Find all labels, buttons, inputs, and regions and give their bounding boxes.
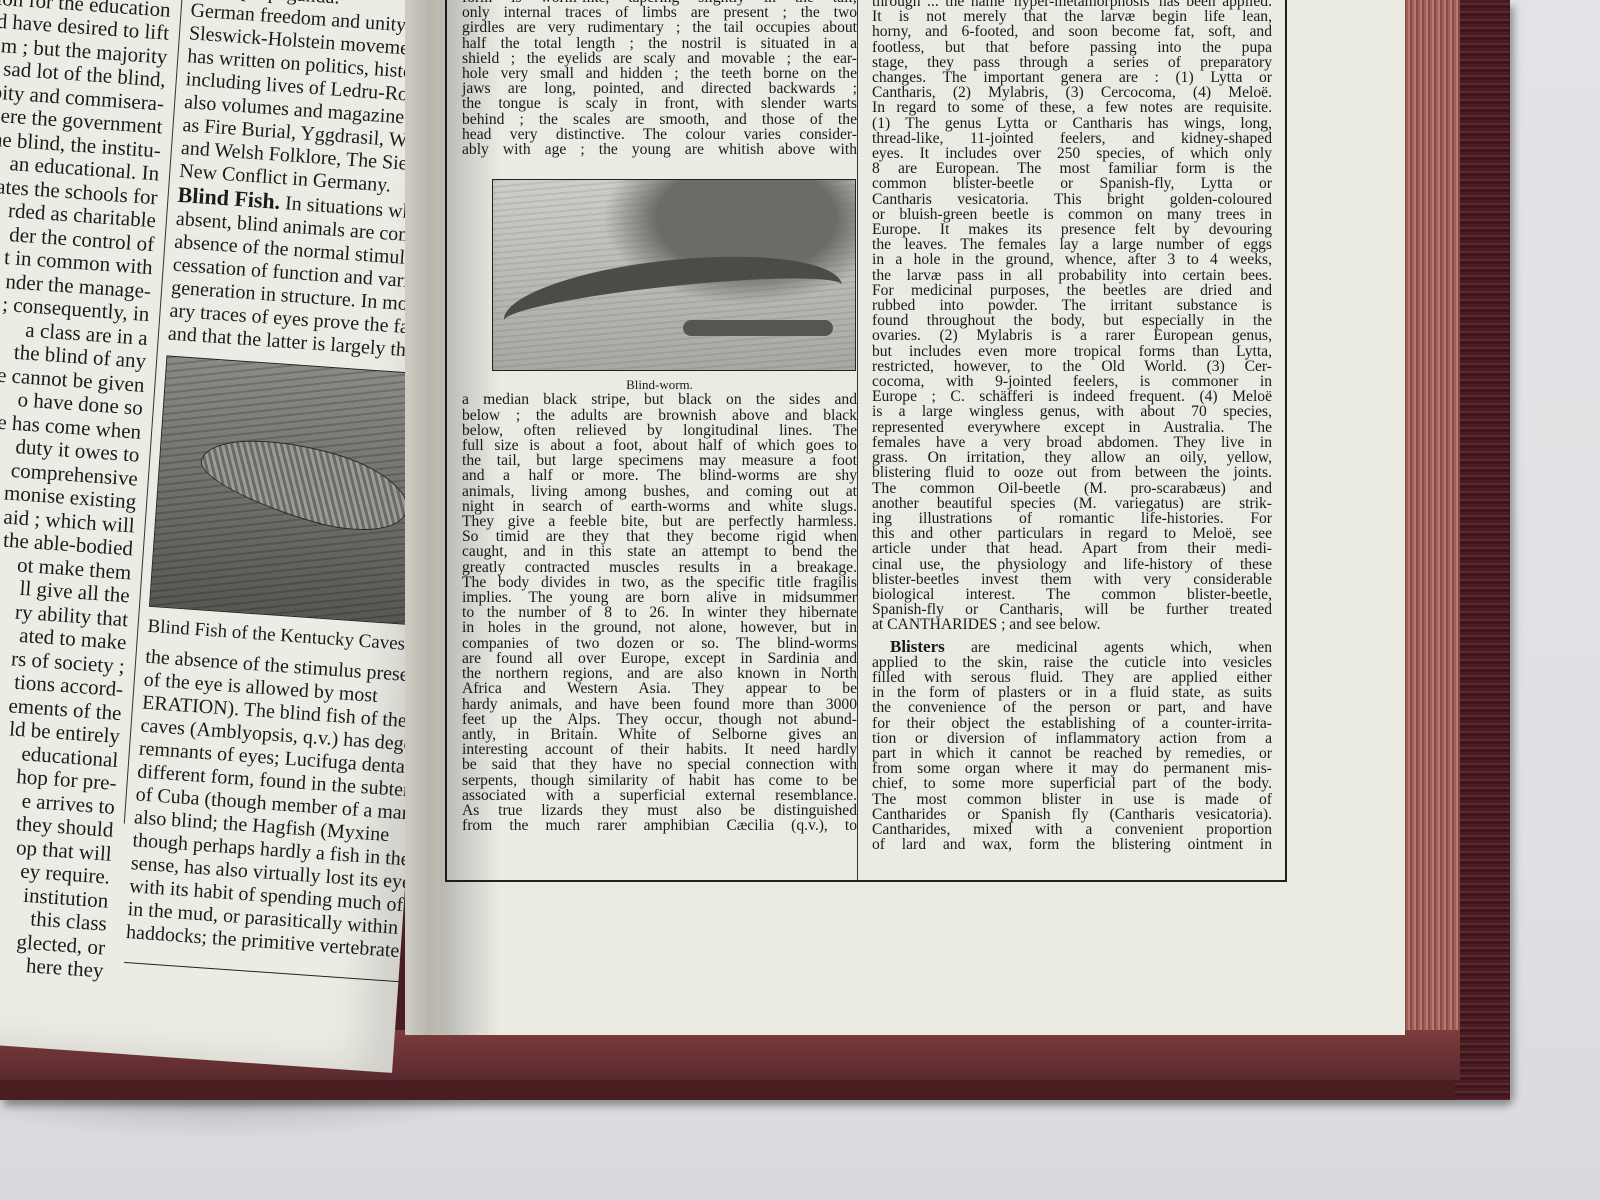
text-line: grass. On irritation, they allow an oily…	[872, 450, 1272, 465]
text-line: 8 are European. The most familiar form i…	[872, 161, 1272, 176]
text-line: The most common blister in use is made o…	[872, 792, 1272, 807]
text-line: chief, to some more superficial part of …	[872, 776, 1272, 791]
text-line: this and other particulars in regard to …	[872, 526, 1272, 541]
text-line: in the form of plasters or in a fluid st…	[872, 685, 1272, 700]
left-page: men and women havetion for the education…	[0, 0, 469, 1073]
text-line: Spanish-fly or Cantharis, will be furthe…	[872, 602, 1272, 617]
worm-drawing	[499, 243, 846, 364]
text-line: Cantharides, mixed with a convenient pro…	[872, 822, 1272, 837]
page-frame: form is worm-like, tapering slightly in …	[445, 0, 1287, 882]
text-line: the larvæ pass in all probability into c…	[872, 268, 1272, 283]
text-line: ably with age ; the young are whitish ab…	[462, 142, 857, 157]
text-line: in a hole in the ground, whence, after 3…	[872, 252, 1272, 267]
text-line: greatly contracted muscles results in a …	[462, 560, 857, 575]
text-line: They give a feeble bite, but are perfect…	[462, 514, 857, 529]
text-line: It is not merely that the larvæ begin li…	[872, 9, 1272, 24]
text-line: So timid are they that they become rigid…	[462, 529, 857, 544]
column-rule	[857, 0, 858, 880]
text-line: shield ; the eyelids are scaly and movab…	[462, 51, 857, 66]
fish-drawing	[193, 419, 417, 547]
text-line: of lard and wax, form the blistering oin…	[872, 837, 1272, 852]
text-line: be said that they have no special connec…	[462, 757, 857, 772]
text-line: ovaries. (2) Mylabris is a rarer Europea…	[872, 328, 1272, 343]
text-line: only internal traces of limbs are presen…	[462, 5, 857, 20]
text-line: but includes even more tropical forms th…	[872, 344, 1272, 359]
text-line: rubbed into powder. The irritant substan…	[872, 298, 1272, 313]
gutter-shadow	[440, 0, 500, 1035]
text-line: thread-like, 11-jointed feelers, and kid…	[872, 131, 1272, 146]
text-line: antly, in Britain. White of Selborne giv…	[462, 727, 857, 742]
text-line: a median black stripe, but black on the …	[462, 392, 857, 407]
text-line: filled with serous fluid. They are appli…	[872, 670, 1272, 685]
text-line: The body divides in two, as the specific…	[462, 575, 857, 590]
text-line: Europe ; C. schäfferi is indeed frequent…	[872, 389, 1272, 404]
text-line: the tail, but large specimens may measur…	[462, 453, 857, 468]
text-line: girdles are very rudimentary ; the tail …	[462, 20, 857, 35]
text-line: from the much rarer amphibian Cæcilia (q…	[462, 818, 857, 833]
text-line: another beautiful species (M. variegatus…	[872, 496, 1272, 511]
text-line: article under that head. Apart from thei…	[872, 541, 1272, 556]
cover-edge	[1455, 0, 1510, 1100]
text-line: head very distinctive. The colour varies…	[462, 127, 857, 142]
text-line: stage, they pass through a series of pre…	[872, 55, 1272, 70]
text-line: found throughout the body, but especiall…	[872, 313, 1272, 328]
text-line: applied to the skin, raise the cuticle i…	[872, 655, 1272, 670]
text-line: represented everywhere except in Austral…	[872, 420, 1272, 435]
text-line: companies of two dozen or so. The blind-…	[462, 636, 857, 651]
text-line: females have a very broad abdomen. They …	[872, 435, 1272, 450]
text-line: eyes. It includes over 250 species, of w…	[872, 146, 1272, 161]
text-line: footless, but that before passing into t…	[872, 40, 1272, 55]
text-line: Cantharis vesicatoria. This bright golde…	[872, 192, 1272, 207]
text-line: In regard to some of these, a few notes …	[872, 100, 1272, 115]
text-line: at CANTHARIDES ; and see below.	[872, 617, 1272, 632]
text-line: for their object the establishing of a c…	[872, 716, 1272, 731]
text-line: in holes in the ground, not alone, howev…	[462, 620, 857, 635]
text-line: Africa and Western Asia. They appear to …	[462, 681, 857, 696]
right-column: through ... the name 'hyper-metamorphosi…	[872, 0, 1272, 852]
text-line: serpents, though similarity of habit has…	[462, 773, 857, 788]
text-line: (1) The genus Lytta or Cantharis has win…	[872, 116, 1272, 131]
text-line: The common Oil-beetle (M. pro-scarabæus)…	[872, 481, 1272, 496]
text-line: blistering fluid to ooze out from betwee…	[872, 465, 1272, 480]
photo-scene: men and women havetion for the education…	[0, 0, 1600, 1200]
text-line: from some organ where it may do permanen…	[872, 761, 1272, 776]
text-line: night in search of earth-worms and white…	[462, 499, 857, 514]
text-line: hole very small and hidden ; the teeth b…	[462, 66, 857, 81]
text-line: common blister-beetle or Spanish-fly, Ly…	[872, 176, 1272, 191]
text-line: biological interest. The common blister-…	[872, 587, 1272, 602]
entry-heading-blisters: Blisters	[890, 637, 945, 656]
text-line: behind ; the scales are smooth, and thos…	[462, 112, 857, 127]
text-line: restricted, however, to the Old World. (…	[872, 359, 1272, 374]
worm-tail-drawing	[683, 320, 833, 336]
text-line: are found all over Europe, except in Sar…	[462, 651, 857, 666]
text-line: interesting account of their habits. It …	[462, 742, 857, 757]
middle-column: form is worm-like, tapering slightly in …	[462, 0, 857, 833]
text-line: blister-beetles invest them with very co…	[872, 572, 1272, 587]
text-line: implies. The young are born alive in mid…	[462, 590, 857, 605]
text-line: is a large wingless genus, with about 70…	[872, 404, 1272, 419]
page-bottom-rule	[124, 962, 423, 984]
text-line: animals, living among bushes, and coming…	[462, 484, 857, 499]
text-line: Cantharides or Spanish fly (Cantharis ve…	[872, 807, 1272, 822]
figure-caption-blind-worm: Blind-worm.	[462, 377, 857, 392]
text-line: the tongue is scaly in front, with slend…	[462, 96, 857, 111]
text-line: full size is about a foot, about half of…	[462, 438, 857, 453]
text-line: below ; the adults are brownish above an…	[462, 408, 857, 423]
text-line: to the number of 8 to 26. In winter they…	[462, 605, 857, 620]
text-line: hardy animals, and have been found more …	[462, 697, 857, 712]
right-page: form is worm-like, tapering slightly in …	[440, 0, 1405, 1035]
text-line: cinal use, the physiology and life-histo…	[872, 557, 1272, 572]
text-line: the northern regions, and are also known…	[462, 666, 857, 681]
text-line: associated with a superficial external r…	[462, 788, 857, 803]
blind-fish-illustration	[149, 355, 438, 625]
text-line: part in which it cannot be reached by re…	[872, 746, 1272, 761]
text-line: below, often relieved by longitudinal li…	[462, 423, 857, 438]
text-line: For medicinal purposes, the beetles are …	[872, 283, 1272, 298]
blind-worm-illustration	[492, 179, 856, 371]
text-line: cocoma, with 9-jointed feelers, is commo…	[872, 374, 1272, 389]
text-line: tion or diversion of inflammatory action…	[872, 731, 1272, 746]
text-line: As true lizards they must also be distin…	[462, 803, 857, 818]
text-line: ing illustrations of romantic life-histo…	[872, 511, 1272, 526]
text-line: and a half or more. The blind-worms are …	[462, 468, 857, 483]
text-line: or bluish-green beetle is common on many…	[872, 207, 1272, 222]
text-line: changes. The important genera are : (1) …	[872, 70, 1272, 85]
text-line: jaws are long, pointed, and directed bac…	[462, 81, 857, 96]
text-line: horny, and 6-footed, and soon become fat…	[872, 24, 1272, 39]
text-line: the leaves. The females lay a large numb…	[872, 237, 1272, 252]
page-block-edge	[1400, 0, 1460, 1080]
text-line: Cantharis, (2) Mylabris, (3) Cercocoma, …	[872, 85, 1272, 100]
text-line: caught, and in this state an attempt to …	[462, 544, 857, 559]
text-line: half the total length ; the nostril is s…	[462, 36, 857, 51]
text-line: feet up the Alps. They occur, though not…	[462, 712, 857, 727]
text-line: the convenience of the person or part, a…	[872, 700, 1272, 715]
text-line: Europe. It makes its presence felt by de…	[872, 222, 1272, 237]
